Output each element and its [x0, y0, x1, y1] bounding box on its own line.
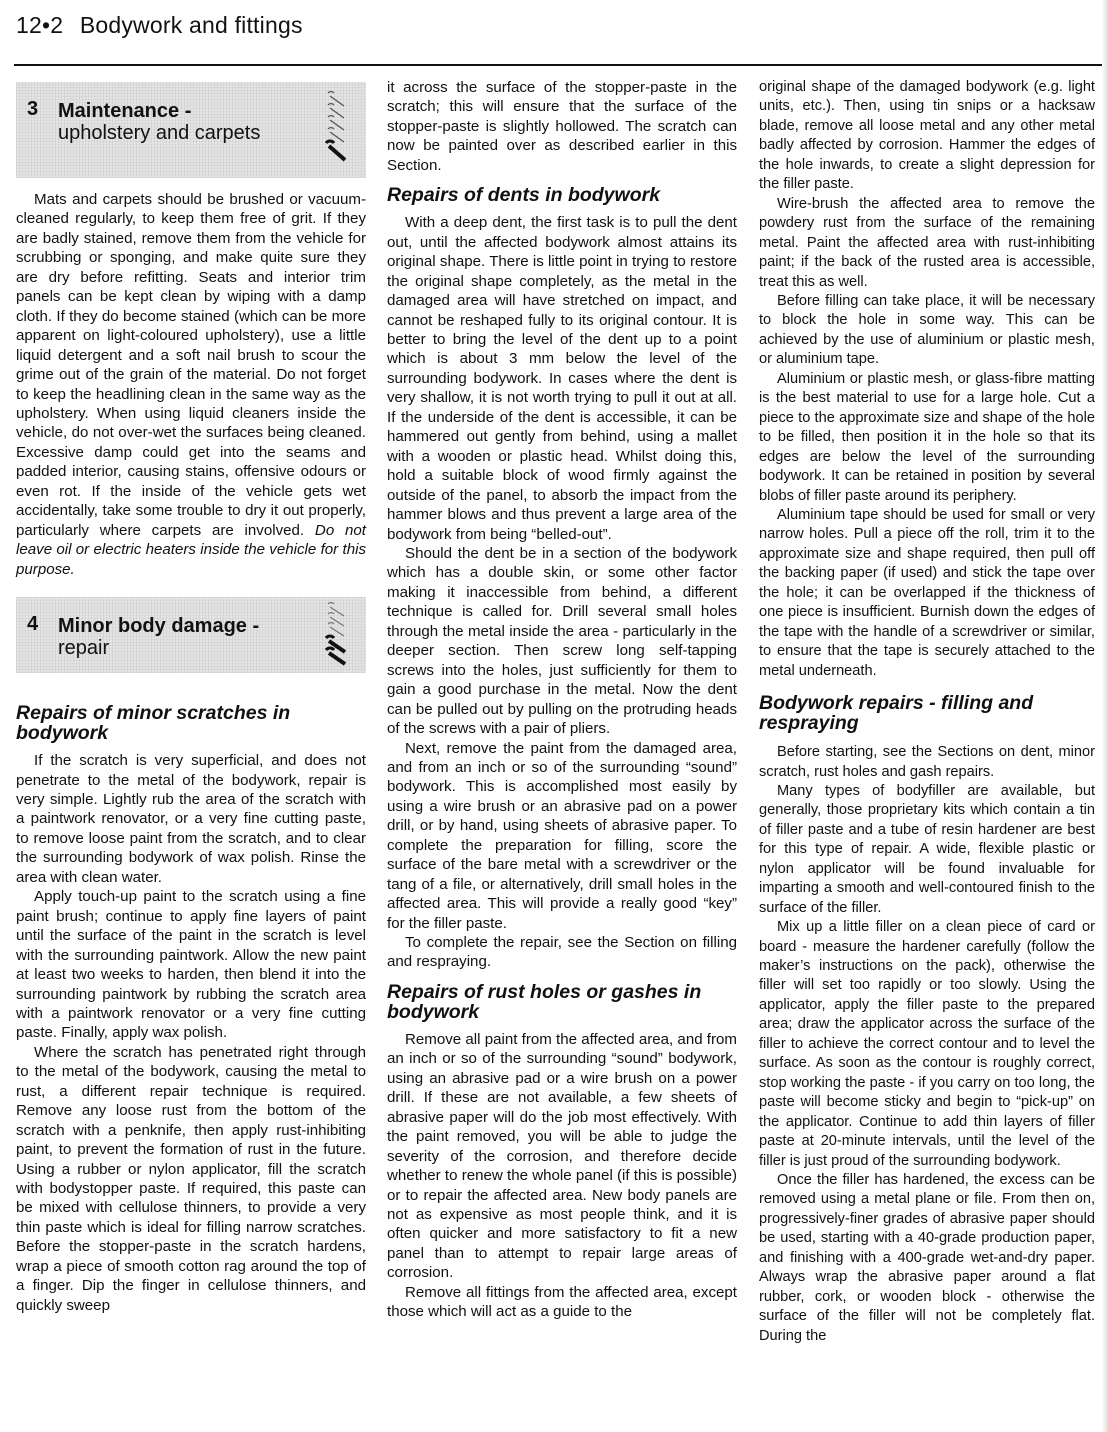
- wrench-difficulty-1-icon: [324, 88, 352, 168]
- paragraph: Many types of bodyfiller are available, …: [759, 782, 1095, 918]
- page-edge-shadow: [1102, 0, 1108, 1432]
- paragraph: Apply touch-up paint to the scratch usin…: [16, 887, 366, 1043]
- paragraph: Before starting, see the Sections on den…: [759, 743, 1095, 782]
- paragraph: To complete the repair, see the Section …: [387, 933, 737, 972]
- paragraph: Should the dent be in a section of the b…: [387, 544, 737, 739]
- heading-rust-holes: Repairs of rust holes or gashes in bodyw…: [387, 982, 737, 1022]
- section-title: Maintenance - upholstery and carpets: [58, 100, 260, 144]
- section-subtitle: upholstery and carpets: [58, 122, 260, 144]
- section-subtitle: repair: [58, 637, 259, 659]
- paragraph: Aluminium tape should be used for small …: [759, 506, 1095, 681]
- column-right: original shape of the damaged bodywork (…: [759, 78, 1095, 1346]
- chapter-title: Bodywork and fittings: [80, 12, 303, 38]
- paragraph: Once the filler has hardened, the excess…: [759, 1171, 1095, 1346]
- paragraph: Remove all paint from the affected area,…: [387, 1030, 737, 1283]
- heading-dents: Repairs of dents in bodywork: [387, 185, 737, 205]
- page-number: 12•2: [16, 12, 63, 38]
- paragraph: it across the surface of the stopper-pas…: [387, 78, 737, 175]
- section-number: 4: [27, 615, 38, 634]
- paragraph: original shape of the damaged bodywork (…: [759, 78, 1095, 195]
- paragraph: Mix up a little filler on a clean piece …: [759, 918, 1095, 1171]
- paragraph: Before filling can take place, it will b…: [759, 292, 1095, 370]
- section-number: 3: [27, 100, 38, 119]
- paragraph: If the scratch is very superficial, and …: [16, 751, 366, 887]
- paragraph: Aluminium or plastic mesh, or glass-fibr…: [759, 370, 1095, 506]
- paragraph: Where the scratch has penetrated right t…: [16, 1043, 366, 1315]
- paragraph: Mats and carpets should be brushed or va…: [16, 190, 366, 579]
- column-middle: it across the surface of the stopper-pas…: [387, 78, 737, 1322]
- paragraph: Next, remove the paint from the damaged …: [387, 739, 737, 934]
- section-title-main: Minor body damage -: [58, 615, 259, 637]
- page-header: 12•2 Bodywork and fittings: [16, 12, 303, 39]
- section-title: Minor body damage - repair: [58, 615, 259, 659]
- heading-filling-respraying: Bodywork repairs - filling and resprayin…: [759, 693, 1095, 733]
- heading-minor-scratches: Repairs of minor scratches in bodywork: [16, 703, 366, 743]
- section-title-main: Maintenance -: [58, 100, 191, 122]
- paragraph: Wire-brush the affected area to remove t…: [759, 195, 1095, 292]
- wrench-difficulty-2-icon: [324, 599, 352, 667]
- paragraph: Remove all fittings from the affected ar…: [387, 1283, 737, 1322]
- paragraph-text: Mats and carpets should be brushed or va…: [16, 191, 366, 539]
- paragraph: With a deep dent, the first task is to p…: [387, 213, 737, 544]
- section-header-4: 4 Minor body damage - repair: [16, 597, 366, 673]
- header-rule: [14, 64, 1108, 66]
- section-header-3: 3 Maintenance - upholstery and carpets: [16, 82, 366, 178]
- column-left: 3 Maintenance - upholstery and carpets M…: [16, 78, 366, 1315]
